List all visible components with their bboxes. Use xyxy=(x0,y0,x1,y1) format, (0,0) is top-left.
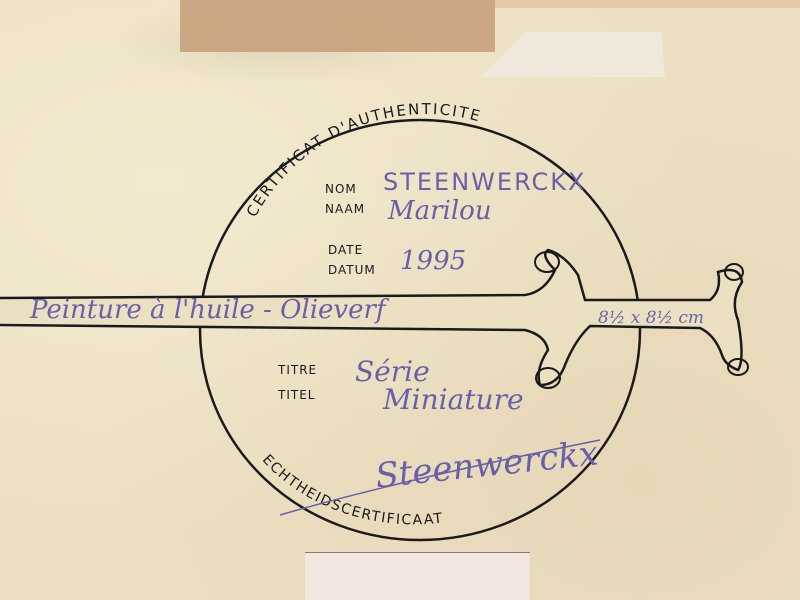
dimensions-value: 8½ x 8½ cm xyxy=(598,308,704,328)
title-label-fr: TITRE xyxy=(278,363,317,377)
medium-value: Peinture à l'huile - Olieverf xyxy=(30,295,386,325)
title-label-nl: TITEL xyxy=(278,388,315,402)
firstname-value: Marilou xyxy=(388,196,492,226)
date-label-nl: DATUM xyxy=(328,263,376,277)
name-value: STEENWERCKX xyxy=(383,168,587,196)
date-value: 1995 xyxy=(400,246,466,276)
name-label-nl: NAAM xyxy=(325,202,365,216)
name-label-fr: NOM xyxy=(325,182,357,196)
title-value-line2: Miniature xyxy=(383,383,524,416)
date-label-fr: DATE xyxy=(328,243,363,257)
